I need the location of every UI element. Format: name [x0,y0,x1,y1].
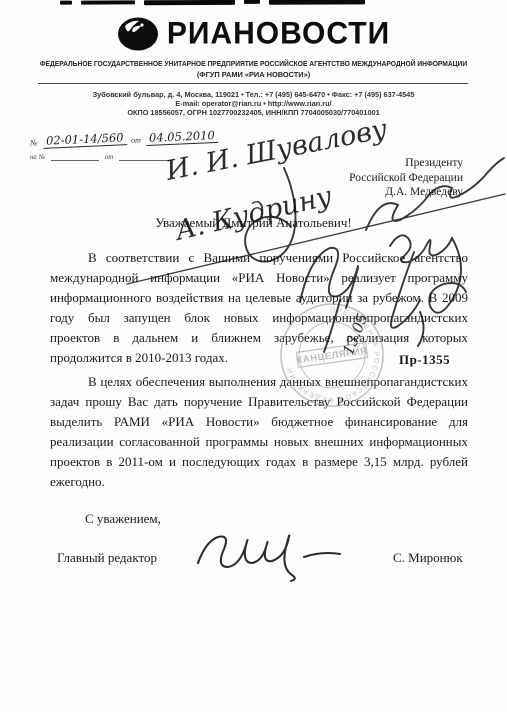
org-abbrev-line: (ФГУП РАМИ «РИА НОВОСТИ») [10,70,497,79]
presidential-reference-mark: Пр-1355 [399,352,450,368]
email-line: E-mail: operator@rian.ru • http://www.ri… [10,99,497,108]
signer-title: Главный редактор [57,550,157,566]
letter-page: РИАНОВОСТИ ФЕДЕРАЛЬНОЕ ГОСУДАРСТВЕННОЕ У… [0,0,507,712]
addressee-block: Президенту Российской Федерации Д.А. Мед… [349,156,463,200]
outgoing-number-handwritten: 02-01-14/560 [42,130,126,149]
incoming-reference: на № от [30,153,171,161]
resolution-name-2: А. Кудрину [171,181,336,248]
outgoing-date-handwritten: 04.05.2010 [146,128,218,146]
brand-wordmark: РИАНОВОСТИ [167,16,390,52]
registration-codes-line: ОКПО 18556057, ОГРН 1027700232405, ИНН/К… [10,108,497,117]
editor-signature [188,515,348,585]
letterhead-logo: РИАНОВОСТИ [0,16,507,52]
addressee-line-2: Российской Федерации [349,171,463,186]
outgoing-reference: № 02-01-14/560 от 04.05.2010 [30,129,218,149]
from-label: от [131,136,141,146]
reply-number-blank [51,153,99,161]
closing-regards: С уважением, [85,511,161,527]
body-paragraph-2: В целях обеспечения выполнения данных вн… [50,372,468,492]
address-line: Зубовский бульвар, д. 4, Москва, 119021 … [10,90,497,99]
addressee-line-3: Д.А. Медведеву [349,185,463,200]
addressee-line-1: Президенту [349,156,463,171]
letterhead-divider [38,83,468,84]
reply-date-blank [119,153,171,161]
reply-from-label: от [105,154,113,161]
body-paragraph-1: В соответствии с Вашими поручениями Росс… [50,248,468,368]
salutation: Уважаемый Дмитрий Анатольевич! [0,215,507,231]
org-name-line: ФЕДЕРАЛЬНОЕ ГОСУДАРСТВЕННОЕ УНИТАРНОЕ ПР… [27,59,480,68]
reply-prefix: на № [30,154,45,161]
signer-name: С. Миронюк [393,550,463,566]
scan-artifact-bar [60,0,365,6]
ria-globe-icon [117,16,159,52]
number-prefix: № [30,138,38,148]
